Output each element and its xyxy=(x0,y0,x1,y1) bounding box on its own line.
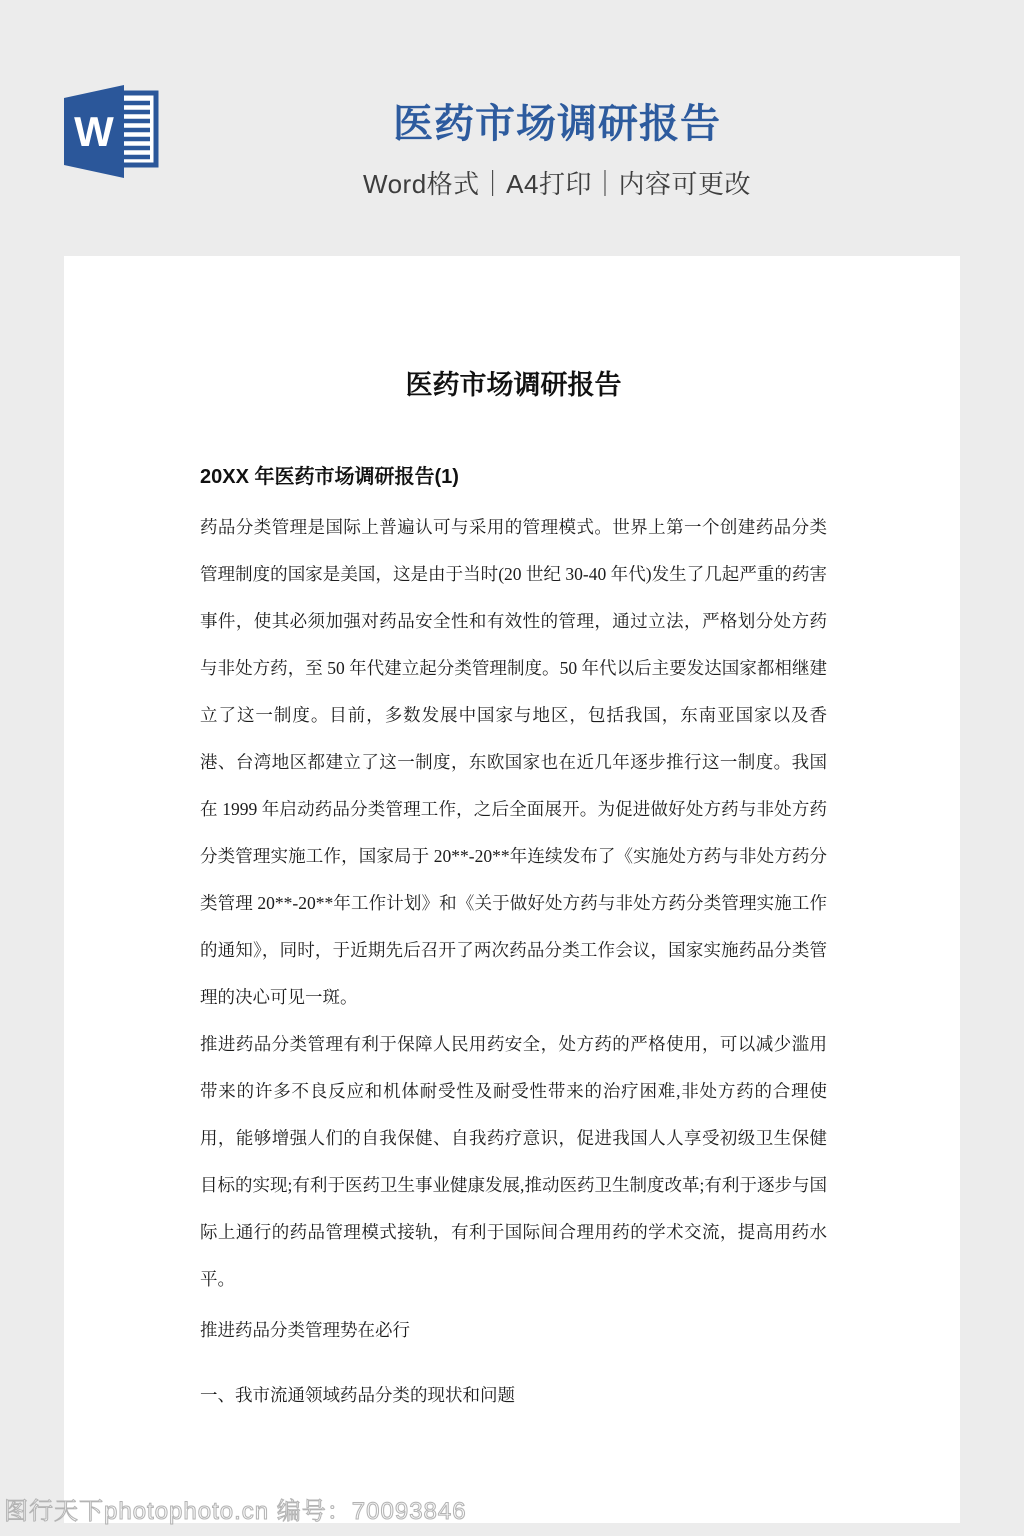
header-text-block: 医药市场调研报告 Word格式｜A4打印｜内容可更改 xyxy=(363,92,751,201)
document-heading: 20XX 年医药市场调研报告(1) xyxy=(200,464,827,490)
word-icon: W xyxy=(62,84,162,179)
template-subtitle: Word格式｜A4打印｜内容可更改 xyxy=(363,164,751,201)
watermark: 图行天下photophoto.cn 编号：70093846 xyxy=(4,1491,467,1526)
word-icon-letter: W xyxy=(74,108,114,155)
paragraph: 药品分类管理是国际上普遍认可与采用的管理模式。世界上第一个创建药品分类管理制度的… xyxy=(200,504,827,1021)
document-content: 医药市场调研报告 20XX 年医药市场调研报告(1) 药品分类管理是国际上普遍认… xyxy=(200,368,827,1419)
document-title: 医药市场调研报告 xyxy=(200,368,827,402)
paragraph: 推进药品分类管理有利于保障人民用药安全，处方药的严格使用，可以减少滥用带来的许多… xyxy=(200,1021,827,1303)
document-body: 药品分类管理是国际上普遍认可与采用的管理模式。世界上第一个创建药品分类管理制度的… xyxy=(200,504,827,1419)
paragraph: 推进药品分类管理势在必行 xyxy=(200,1307,827,1354)
document-page: 医药市场调研报告 20XX 年医药市场调研报告(1) 药品分类管理是国际上普遍认… xyxy=(64,256,960,1523)
template-title: 医药市场调研报告 xyxy=(363,92,751,149)
header: W 医药市场调研报告 Word格式｜A4打印｜内容可更改 xyxy=(0,0,1024,256)
paragraph: 一、我市流通领域药品分类的现状和问题 xyxy=(200,1372,827,1419)
